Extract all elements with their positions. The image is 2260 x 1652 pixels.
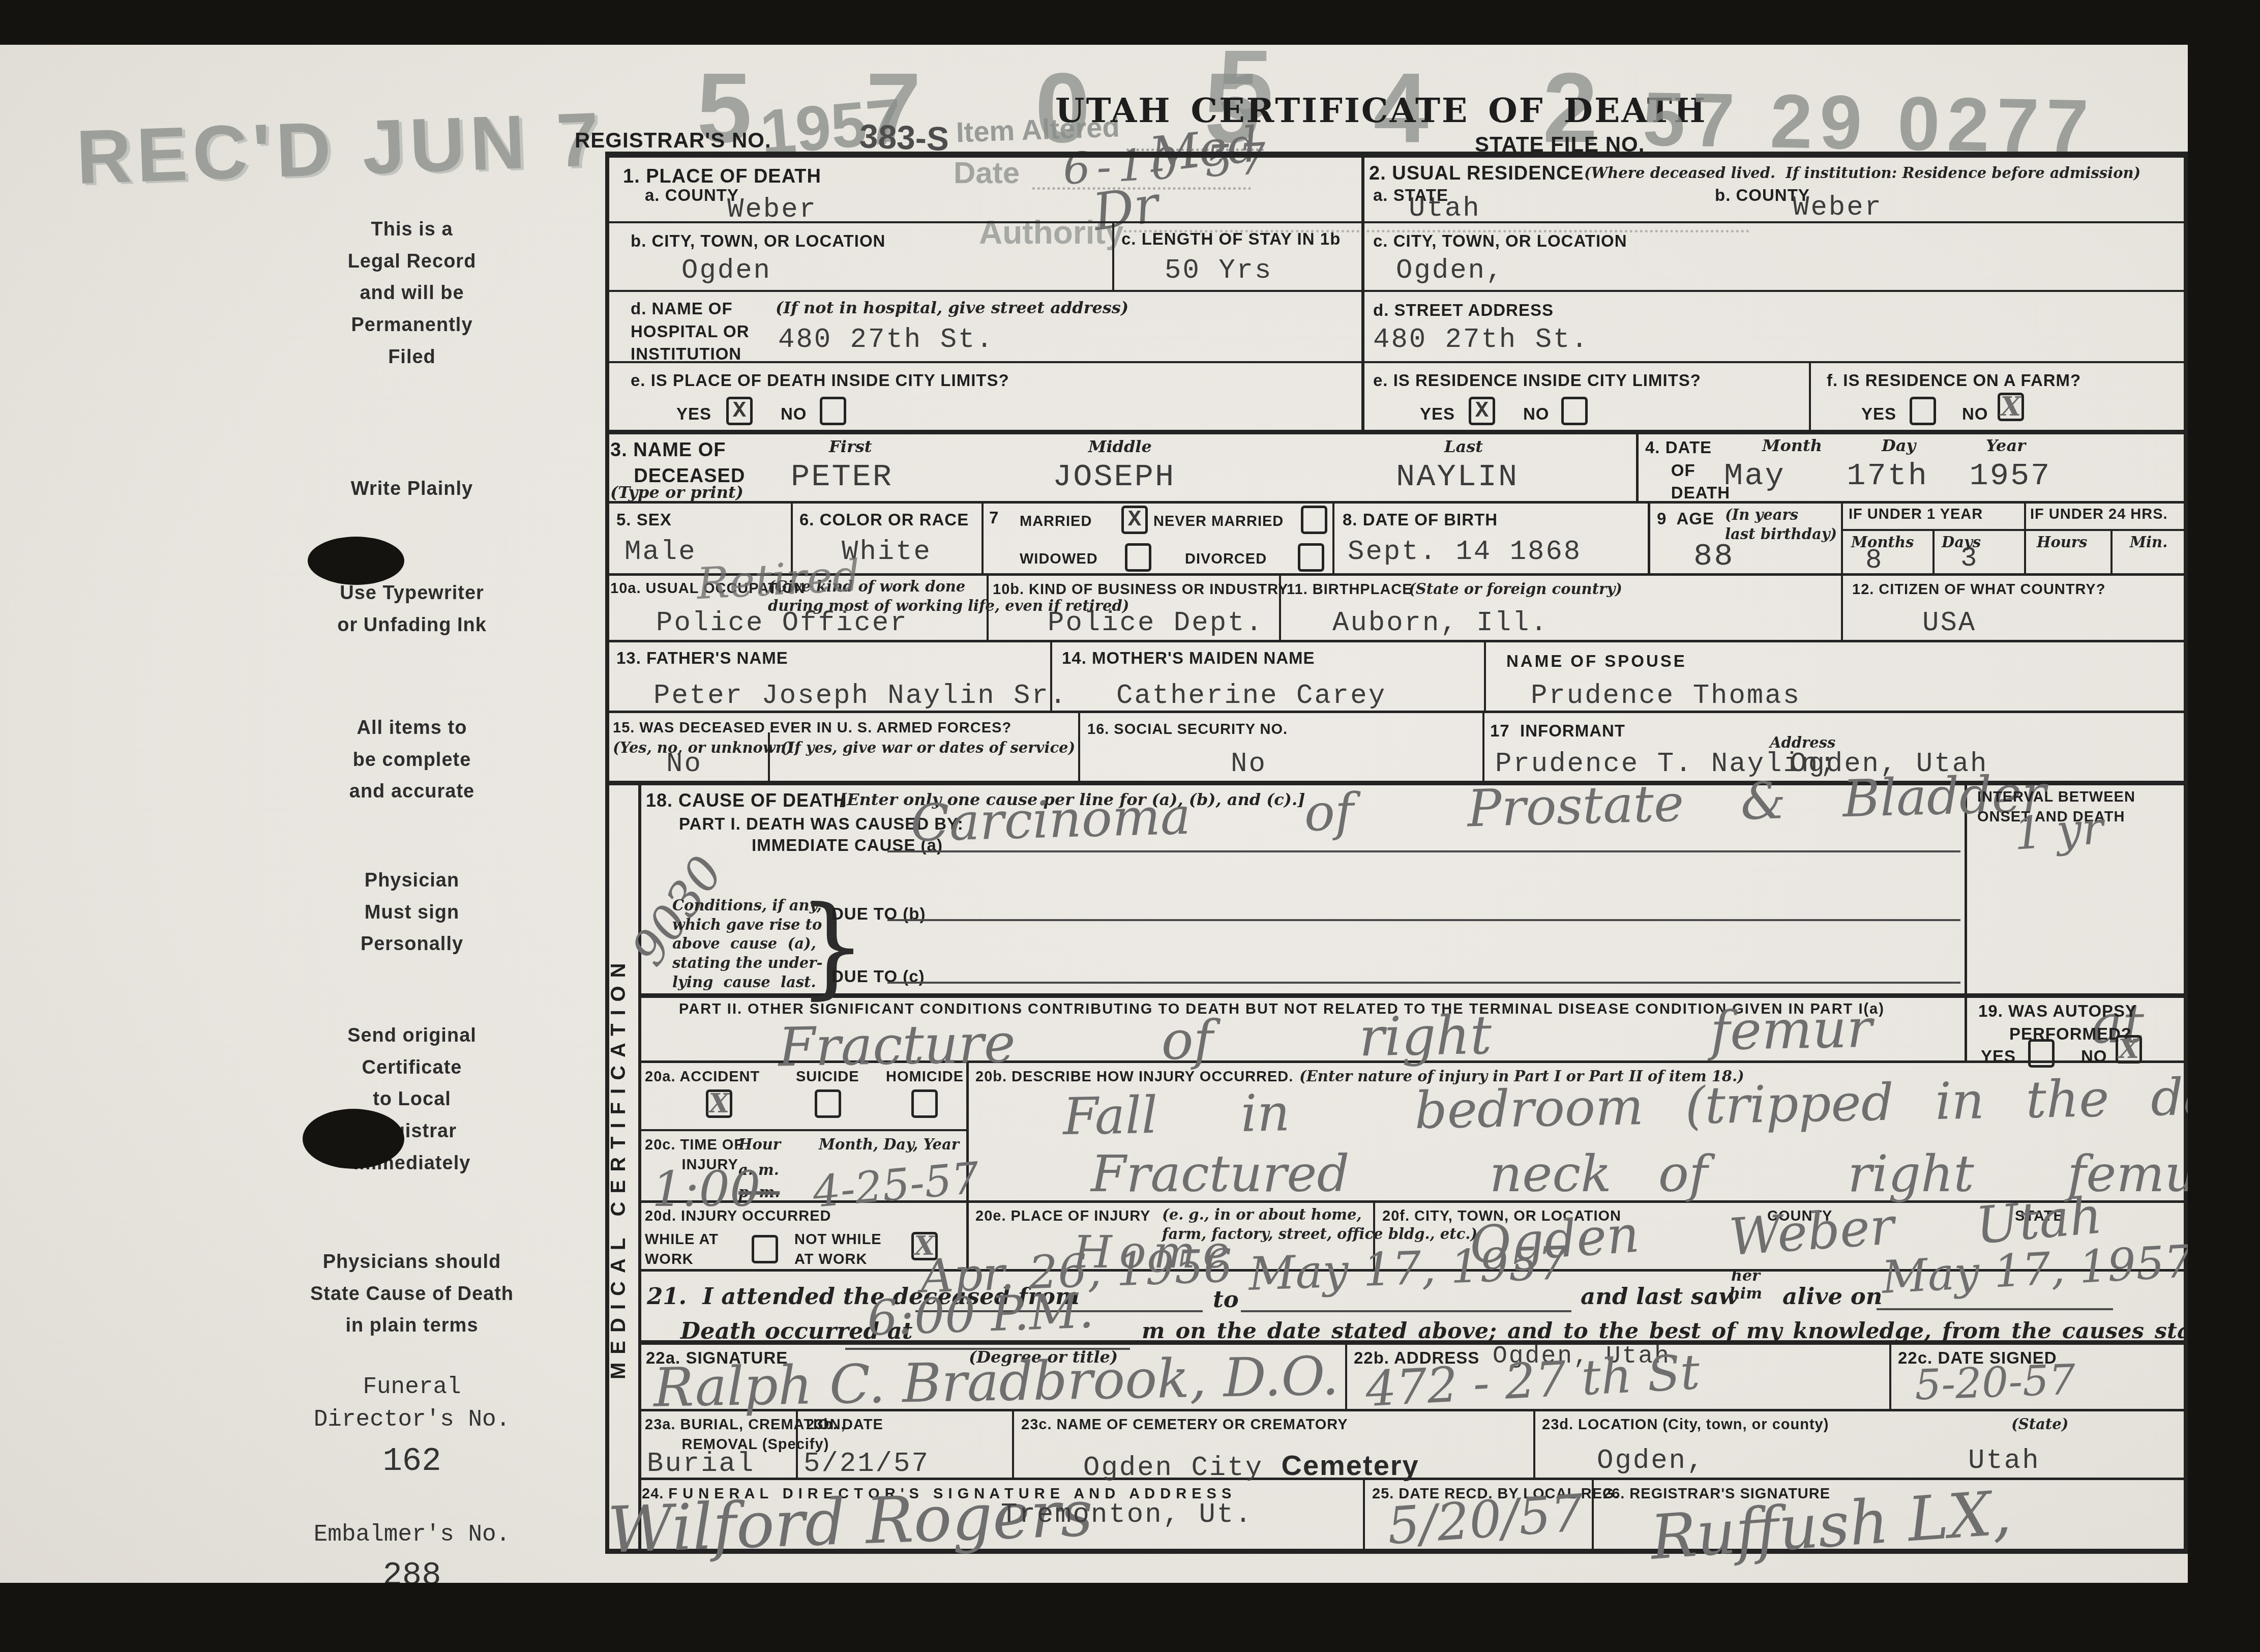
grid-line-v: [1636, 430, 1639, 501]
grid-line-h: [638, 1129, 966, 1131]
yes-label: YES: [676, 403, 711, 426]
checkbox-married: X: [1121, 506, 1148, 534]
last-alive-value-handwritten: May 17, 1957: [1881, 1239, 2194, 1300]
city-label: b. CITY, TOWN, OR LOCATION: [631, 230, 885, 253]
if-under-1-year-label: IF UNDER 1 YEAR: [1849, 505, 1983, 524]
age-hint: (In years last birthday): [1725, 506, 1837, 544]
checkbox-farm-yes: [1910, 397, 1936, 425]
grid-line-v: [1533, 1409, 1535, 1478]
embalmer-no-label: Embalmer's No.: [244, 1518, 580, 1551]
last-saw-label: and last saw: [1581, 1283, 1738, 1310]
checkbox-suicide: [815, 1089, 841, 1118]
widowed-label: WIDOWED: [1020, 549, 1098, 569]
cause-b-underline: [887, 919, 1960, 921]
date-stamp-label: Date: [954, 155, 1020, 190]
date-of-birth-label: 8. DATE OF BIRTH: [1343, 509, 1498, 532]
cemetery-value: Ogden City Cemetery: [1083, 1449, 1419, 1484]
physician-signature-handwritten: Ralph C. Bradbrook, D.O.: [653, 1349, 1339, 1415]
death-city-limits-label: e. IS PLACE OF DEATH INSIDE CITY LIMITS?: [631, 369, 1009, 392]
usual-residence-title: 2. USUAL RESIDENCE: [1369, 161, 1584, 187]
checkbox-widowed: [1125, 543, 1151, 572]
checkbox-accident: X: [706, 1089, 732, 1118]
first-name-value: PETER: [791, 459, 893, 495]
death-certificate-scan: REC'D JUN 7 5 7 0 5 4 2 5 REGISTRAR'S NO…: [0, 0, 2260, 1652]
industry-value: Police Dept.: [1048, 608, 1264, 639]
burial-location-state-value: Utah: [1968, 1445, 2040, 1477]
hours-hint: Hours: [2037, 533, 2087, 552]
funeral-director-no-label: Funeral Director's No.: [244, 1371, 580, 1436]
grid-line-v: [1841, 573, 1843, 640]
grid-line-v: [1482, 711, 1484, 781]
date-of-injury-value-handwritten: 4-25-57: [811, 1157, 981, 1214]
injury-occurred-label: 20d. INJURY OCCURRED: [645, 1206, 831, 1226]
days-value: 3: [1960, 543, 1978, 574]
alive-on-label: alive on: [1782, 1283, 1883, 1310]
sex-value: Male: [625, 537, 697, 568]
last-alive-underline: [1877, 1308, 2113, 1310]
grid-line-h: [605, 640, 2188, 642]
checkbox-homicide: [911, 1089, 938, 1118]
city-value: Ogden: [681, 255, 771, 286]
grid-line-v: [1361, 152, 1364, 430]
grid-line-h: [605, 361, 2188, 363]
yes-label: YES: [1981, 1045, 2016, 1068]
grid-line-v: [1648, 501, 1650, 573]
grid-line-v: [982, 501, 984, 573]
first-name-hint: First: [829, 436, 872, 458]
street-address-label: d. STREET ADDRESS: [1373, 299, 1554, 322]
armed-forces-hint1: (Yes, no, or unknown): [613, 739, 793, 758]
margin-note-send-original: Send original Certificate to Local Regis…: [244, 1020, 580, 1179]
county-label: a. COUNTY: [645, 184, 739, 207]
armed-forces-label: 15. WAS DECEASED EVER IN U. S. ARMED FOR…: [613, 718, 1012, 738]
ssn-value: No: [1231, 749, 1267, 780]
scan-border-bottom: [0, 1583, 2260, 1652]
date-of-death-label: 4. DATE OF DEATH: [1645, 436, 1730, 505]
cause-a-underline: [887, 850, 1960, 852]
street-address-value: 480 27th St.: [1373, 324, 1589, 356]
county-value: Weber: [727, 194, 817, 225]
hospital-hint: (If not in hospital, give street address…: [776, 298, 1128, 319]
injury-county-value-handwritten: Weber: [1728, 1201, 1896, 1263]
type-or-print-hint: (Type or print): [610, 482, 744, 504]
date-signed-value-handwritten: 5-20-57: [1914, 1360, 2076, 1407]
attended-to-underline: [1241, 1310, 1571, 1312]
due-to-b-label: DUE TO (b): [831, 903, 926, 926]
attended-to-word: to: [1213, 1286, 1239, 1313]
grid-line-v: [1078, 711, 1080, 781]
burial-location-state-hint: (State): [2011, 1415, 2068, 1434]
checkbox-residence-limits-no: [1561, 397, 1588, 425]
residence-farm-label: f. IS RESIDENCE ON A FARM?: [1827, 369, 2081, 392]
autopsy-label: 19. WAS AUTOPSY PERFORMED?: [1978, 1000, 2137, 1045]
grid-line-v: [2024, 501, 2026, 573]
months-value: 8: [1865, 545, 1883, 576]
spouse-name-value: Prudence Thomas: [1531, 681, 1801, 712]
grid-line-h: [605, 290, 2188, 292]
grid-line-v: [638, 781, 641, 1549]
grid-line-v: [1112, 221, 1114, 290]
place-of-injury-label: 20e. PLACE OF INJURY: [975, 1206, 1150, 1226]
grid-line-v: [2110, 529, 2113, 573]
him-option: him: [1729, 1285, 1762, 1303]
no-label: NO: [781, 403, 807, 426]
length-of-stay-label: c. LENGTH OF STAY IN 1b: [1121, 228, 1341, 251]
age-value: 88: [1693, 538, 1734, 574]
grid-line-h: [605, 152, 2188, 158]
mother-maiden-name-value: Catherine Carey: [1116, 681, 1386, 712]
never-married-label: NEVER MARRIED: [1153, 512, 1284, 532]
death-occurred-tail: m on the date stated above; and to the b…: [1142, 1318, 2231, 1344]
margin-note-write-plainly: Write Plainly: [244, 473, 580, 505]
suicide-label: SUICIDE: [796, 1067, 859, 1087]
attended-to-value-handwritten: May 17, 1957: [1248, 1241, 1568, 1297]
middle-name-value: JOSEPH: [1053, 459, 1175, 495]
checkbox-autopsy-no: X: [2116, 1035, 2142, 1064]
grid-line-v: [1345, 1340, 1347, 1409]
month-day-year-hint: Month, Day, Year: [819, 1135, 959, 1155]
burial-date-label: 23b. DATE: [806, 1415, 883, 1435]
grid-line-v: [1363, 1478, 1365, 1549]
grid-line-h: [605, 430, 2188, 434]
punch-hole-bottom: [303, 1109, 404, 1169]
grid-line-v: [1841, 501, 1843, 573]
funeral-director-address-typed: Tremonton, Ut.: [1001, 1499, 1253, 1530]
while-at-work-label: WHILE AT WORK: [645, 1230, 719, 1270]
grid-line-v: [1012, 1409, 1014, 1478]
scan-border-right: [2188, 0, 2260, 1652]
last-name-value: NAYLIN: [1396, 459, 1519, 495]
margin-note-use-typewriter: Use Typewriter or Unfading Ink: [244, 577, 580, 641]
citizen-value: USA: [1922, 608, 1976, 639]
grid-line-h: [605, 221, 2188, 223]
month-hint: Month: [1762, 435, 1822, 457]
margin-note-plain-terms: Physicians should State Cause of Death i…: [219, 1246, 605, 1342]
her-option: her: [1729, 1267, 1762, 1285]
cemetery-value-typed: Ogden City: [1083, 1453, 1281, 1484]
hospital-value: 480 27th St.: [778, 324, 994, 356]
father-name-label: 13. FATHER'S NAME: [616, 647, 788, 670]
armed-forces-value: No: [666, 749, 702, 780]
margin-note-physician-sign: Physician Must sign Personally: [244, 865, 580, 960]
cause-of-death-label: 18. CAUSE OF DEATH: [646, 788, 847, 813]
yes-label: YES: [1861, 403, 1896, 426]
cemetery-value-bold: Cemetery: [1281, 1449, 1419, 1481]
no-label: NO: [1523, 403, 1550, 426]
occupation-value: Police Officer: [656, 608, 908, 639]
grid-line-v: [1889, 1340, 1891, 1409]
due-to-c-label: DUE TO (c): [831, 965, 925, 988]
margin-note-all-items: All items to be complete and accurate: [244, 712, 580, 808]
industry-label: 10b. KIND OF BUSINESS OR INDUSTRY: [993, 580, 1288, 600]
grid-line-v: [1332, 501, 1334, 573]
informant-label: 17 INFORMANT: [1490, 720, 1625, 743]
date-of-birth-value: Sept. 14 1868: [1348, 537, 1582, 568]
checkbox-residence-limits-yes: X: [1469, 397, 1495, 425]
cause-c-underline: [887, 982, 1960, 984]
checkbox-divorced: [1298, 543, 1324, 572]
if-under-24-hrs-label: IF UNDER 24 HRS.: [2030, 505, 2168, 524]
married-label: MARRIED: [1020, 512, 1092, 532]
medical-certification-side-label: MEDICAL CERTIFICATION: [607, 796, 637, 1539]
registrar-no-label: REGISTRAR'S NO.: [575, 126, 771, 155]
date-of-death-value: May 17th 1957: [1724, 458, 2051, 494]
residence-state-value: Utah: [1409, 193, 1481, 224]
sex-label: 5. SEX: [616, 509, 672, 532]
color-or-race-label: 6. COLOR OR RACE: [799, 509, 969, 532]
birthplace-label: 11. BIRTHPLACE: [1287, 580, 1413, 600]
residence-county-value: Weber: [1793, 192, 1883, 223]
grid-line-h: [605, 501, 2188, 504]
funeral-director-no-value: 162: [244, 1439, 580, 1485]
birthplace-value: Auborn, Ill.: [1332, 608, 1549, 639]
grid-line-v: [1932, 529, 1935, 573]
her-him-stack: her him: [1729, 1267, 1762, 1303]
checkbox-while-at-work: [752, 1235, 778, 1263]
occupation-retired-handwritten: Retired: [696, 554, 861, 606]
scan-border-top: [0, 0, 2260, 45]
grid-line-h: [1841, 529, 2188, 531]
marital-box-number: 7: [989, 507, 999, 529]
cemetery-label: 23c. NAME OF CEMETERY OR CREMATORY: [1021, 1415, 1348, 1435]
margin-note-legal-record: This is a Legal Record and will be Perma…: [244, 214, 580, 373]
checkbox-autopsy-yes: [2028, 1039, 2055, 1068]
no-label: NO: [2081, 1045, 2107, 1068]
day-hint: Day: [1882, 435, 1916, 457]
grid-line-v: [1809, 361, 1811, 430]
no-label: NO: [1962, 403, 1988, 426]
spouse-name-label: NAME OF SPOUSE: [1506, 650, 1687, 673]
divorced-label: DIVORCED: [1185, 549, 1267, 569]
conditions-brace: }: [797, 882, 867, 1010]
burial-type-value: Burial: [647, 1449, 755, 1480]
grid-line-v: [1484, 640, 1486, 711]
armed-forces-hint2: (If yes, give war or dates of service): [781, 739, 1075, 758]
yes-label: YES: [1420, 403, 1455, 426]
year-hint: Year: [1986, 435, 2026, 457]
residence-city-value: Ogden,: [1396, 255, 1504, 286]
checkbox-death-limits-no: [820, 397, 846, 425]
burial-location-label: 23d. LOCATION (City, town, or county): [1542, 1415, 1829, 1435]
burial-location-city-value: Ogden,: [1597, 1445, 1705, 1477]
homicide-label: HOMICIDE: [886, 1067, 964, 1087]
father-name-value: Peter Joseph Naylin Sr.: [653, 681, 1067, 712]
accident-label: 20a. ACCIDENT: [645, 1067, 760, 1087]
checkbox-farm-no: X: [1998, 393, 2024, 421]
date-received-value-handwritten: 5/20/57: [1386, 1488, 1585, 1552]
received-date-stamp: REC'D JUN 7: [75, 95, 605, 201]
min-hint: Min.: [2130, 533, 2167, 552]
last-name-hint: Last: [1444, 436, 1483, 458]
age-label: 9 AGE: [1657, 508, 1714, 530]
hospital-label: d. NAME OF HOSPITAL OR INSTITUTION: [631, 298, 749, 366]
residence-city-limits-label: e. IS RESIDENCE INSIDE CITY LIMITS?: [1373, 369, 1701, 392]
usual-residence-hint: (Where deceased lived. If institution: R…: [1584, 164, 2140, 183]
ssn-label: 16. SOCIAL SECURITY NO.: [1087, 720, 1288, 740]
hour-hint: Hour: [738, 1135, 781, 1155]
checkbox-never-married: [1301, 506, 1327, 534]
checkbox-death-limits-yes: X: [726, 397, 753, 425]
length-of-stay-value: 50 Yrs: [1165, 255, 1272, 286]
residence-city-label: c. CITY, TOWN, OR LOCATION: [1373, 230, 1627, 253]
citizen-label: 12. CITIZEN OF WHAT COUNTRY?: [1852, 580, 2105, 600]
death-time-value-handwritten: 6:00 P.M.: [866, 1287, 1094, 1343]
certificate-title: UTAH CERTIFICATE OF DEATH: [1055, 91, 1707, 130]
mother-maiden-name-label: 14. MOTHER'S MAIDEN NAME: [1062, 647, 1315, 670]
punch-hole-top: [308, 537, 404, 585]
burial-date-value: 5/21/57: [804, 1449, 930, 1480]
not-while-at-work-label: NOT WHILE AT WORK: [794, 1230, 882, 1270]
birthplace-hint: (State or foreign country): [1409, 580, 1622, 599]
middle-name-hint: Middle: [1088, 436, 1152, 458]
interval-value-handwritten: 1 yr: [2012, 806, 2104, 857]
